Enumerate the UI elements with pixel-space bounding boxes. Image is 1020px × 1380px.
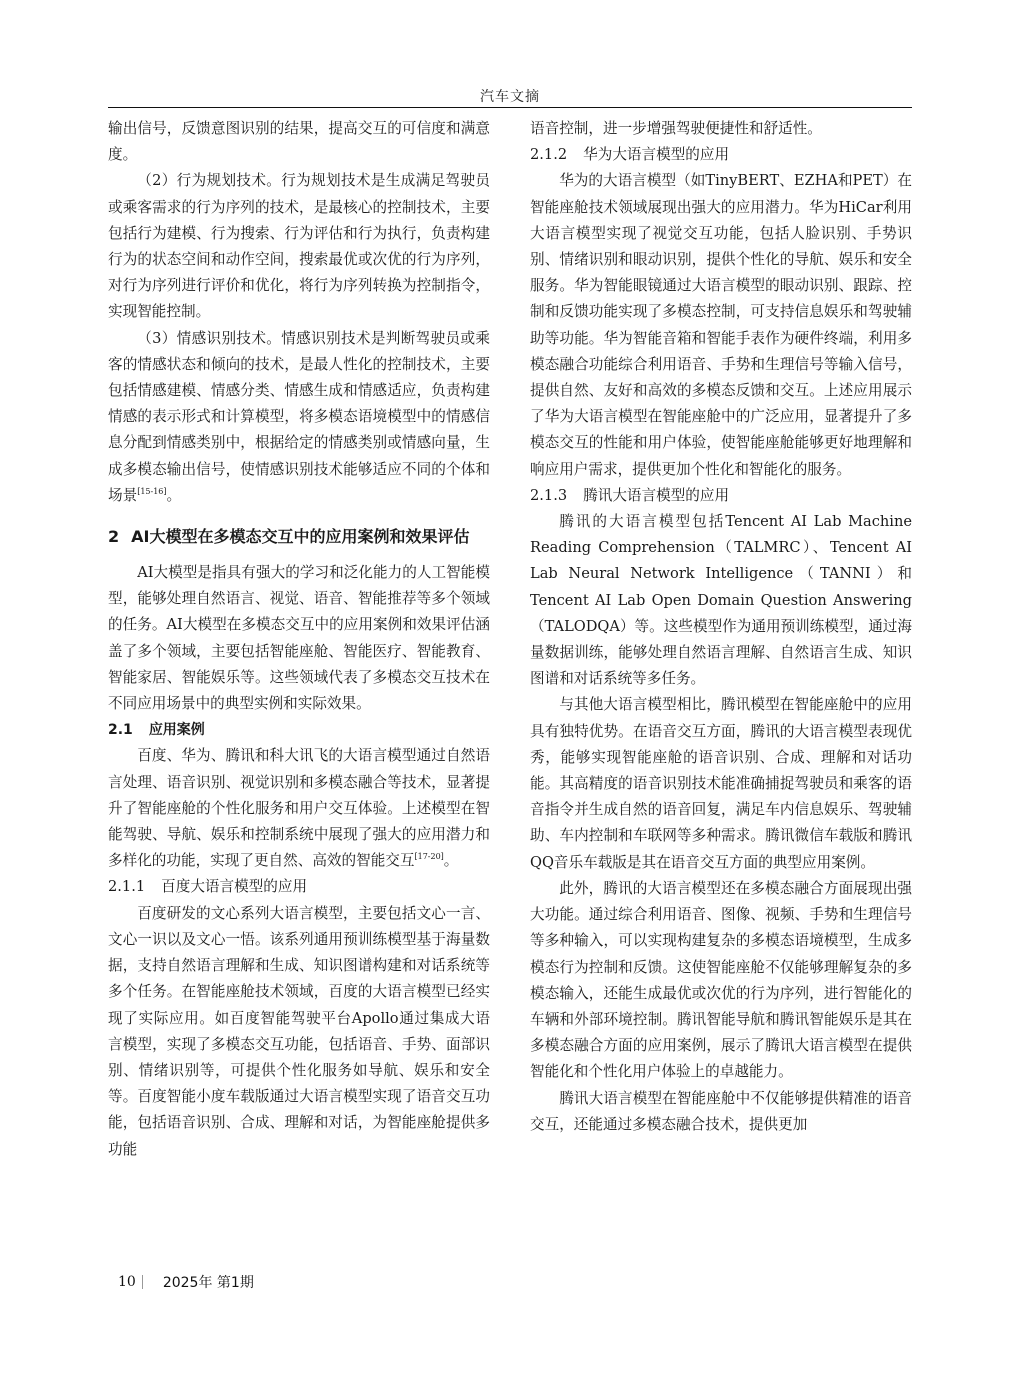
citation: [17-20] xyxy=(414,852,443,861)
right-column: 语音控制，进一步增强驾驶便捷性和舒适性。 2.1.2华为大语言模型的应用 华为的… xyxy=(530,116,912,1138)
section-heading-2-1-1: 2.1.1百度大语言模型的应用 xyxy=(108,874,490,900)
header-rule xyxy=(108,107,912,108)
punctuation: 。 xyxy=(444,852,459,869)
section-heading-2-1-3: 2.1.3腾讯大语言模型的应用 xyxy=(530,483,912,509)
continued-paragraph: 语音控制，进一步增强驾驶便捷性和舒适性。 xyxy=(530,116,912,142)
section-number: 2 xyxy=(108,527,119,546)
paragraph-emotion-recognition: （3）情感识别技术。情感识别技术是判断驾驶员或乘客的情感状态和倾向的技术，是最人… xyxy=(108,326,490,509)
journal-title: 汽车文摘 xyxy=(0,86,1020,106)
section-title: 华为大语言模型的应用 xyxy=(583,146,729,163)
section-number: 2.1 xyxy=(108,722,133,738)
section-title: 百度大语言模型的应用 xyxy=(161,878,307,895)
section-number: 2.1.1 xyxy=(108,878,145,895)
paragraph-text: 百度、华为、腾讯和科大讯飞的大语言模型通过自然语言处理、语音识别、视觉识别和多模… xyxy=(108,747,490,869)
paragraph-2-1-3-a: 腾讯的大语言模型包括Tencent AI Lab Machine Reading… xyxy=(530,509,912,692)
section-title: 应用案例 xyxy=(149,722,205,738)
section-title: AI大模型在多模态交互中的应用案例和效果评估 xyxy=(131,527,469,546)
paragraph-behavior-planning: （2）行为规划技术。行为规划技术是生成满足驾驶员或乘客需求的行为序列的技术，是最… xyxy=(108,168,490,325)
section-heading-2-1-2: 2.1.2华为大语言模型的应用 xyxy=(530,142,912,168)
page-number: 10 xyxy=(118,1275,143,1289)
section-number: 2.1.2 xyxy=(530,146,567,163)
punctuation: 。 xyxy=(167,487,182,504)
citation: [15-16] xyxy=(137,487,166,496)
paragraph-text: （3）情感识别技术。情感识别技术是判断驾驶员或乘客的情感状态和倾向的技术，是最人… xyxy=(108,330,490,504)
section-number: 2.1.3 xyxy=(530,487,567,504)
section-heading-2: 2AI大模型在多模态交互中的应用案例和效果评估 xyxy=(108,523,490,550)
paragraph-2-1-3-d: 腾讯大语言模型在智能座舱中不仅能够提供精准的语音交互，还能通过多模态融合技术，提… xyxy=(530,1086,912,1138)
paragraph-2-1-3-c: 此外，腾讯的大语言模型还在多模态融合方面展现出强大功能。通过综合利用语音、图像、… xyxy=(530,876,912,1086)
left-column: 输出信号，反馈意图识别的结果，提高交互的可信度和满意度。 （2）行为规划技术。行… xyxy=(108,116,490,1163)
section-title: 腾讯大语言模型的应用 xyxy=(583,487,729,504)
issue-label: 2025年 第1期 xyxy=(163,1272,254,1292)
paragraph-2-1-2: 华为的大语言模型（如TinyBERT、EZHA和PET）在智能座舱技术领域展现出… xyxy=(530,168,912,482)
section-heading-2-1: 2.1应用案例 xyxy=(108,717,490,743)
page-footer: 10 2025年 第1期 xyxy=(118,1272,254,1292)
paragraph-2-1-1: 百度研发的文心系列大语言模型，主要包括文心一言、文心一识以及文心一悟。该系列通用… xyxy=(108,901,490,1163)
paragraph-2-1: 百度、华为、腾讯和科大讯飞的大语言模型通过自然语言处理、语音识别、视觉识别和多模… xyxy=(108,743,490,874)
continued-paragraph: 输出信号，反馈意图识别的结果，提高交互的可信度和满意度。 xyxy=(108,116,490,168)
paragraph-2-1-3-b: 与其他大语言模型相比，腾讯模型在智能座舱中的应用具有独特优势。在语音交互方面，腾… xyxy=(530,692,912,875)
paragraph-section2-intro: AI大模型是指具有强大的学习和泛化能力的人工智能模型，能够处理自然语言、视觉、语… xyxy=(108,560,490,717)
